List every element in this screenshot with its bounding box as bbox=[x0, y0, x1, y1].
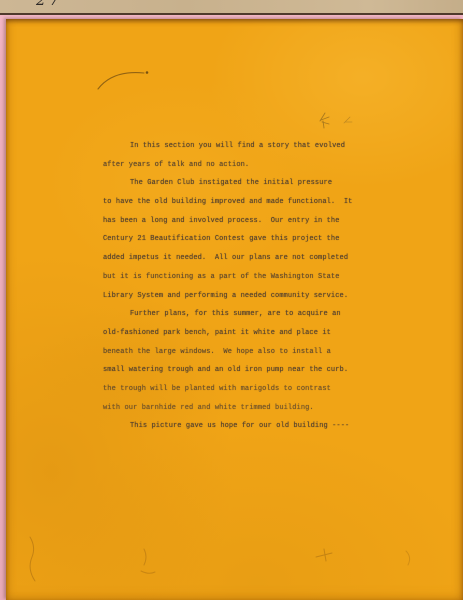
typed-line: small watering trough and an old iron pu… bbox=[103, 361, 403, 380]
album-backing: 27 bbox=[0, 0, 463, 15]
scribble-mark bbox=[314, 99, 360, 129]
typed-line: This picture gave us hope for our old bu… bbox=[103, 417, 403, 436]
typed-line: old-fashioned park bench, paint it white… bbox=[103, 324, 403, 343]
typed-line: Century 21 Beautification Contest gave t… bbox=[103, 230, 403, 249]
typed-line: after years of talk and no action. bbox=[103, 156, 403, 175]
typed-line: In this section you will find a story th… bbox=[103, 137, 403, 156]
typed-line: The Garden Club instigated the initial p… bbox=[103, 174, 403, 193]
typed-line: with our barnhide red and white trimmed … bbox=[103, 399, 403, 418]
typed-line: Further plans, for this summer, are to a… bbox=[103, 305, 403, 324]
typed-line: the trough will be planted with marigold… bbox=[103, 380, 403, 399]
handwritten-page-number: 27 bbox=[36, 0, 63, 9]
typed-line: beneath the large windows. We hope also … bbox=[103, 343, 403, 362]
typed-line: Library System and performing a needed c… bbox=[103, 287, 403, 306]
orange-paper: In this section you will find a story th… bbox=[6, 19, 463, 600]
typed-line: to have the old building improved and ma… bbox=[103, 193, 403, 212]
crease-mark-top bbox=[94, 65, 166, 97]
scanned-album-page: 27 In this section you will find a story… bbox=[0, 0, 463, 600]
typed-line: has been a long and involved process. Ou… bbox=[103, 212, 403, 231]
crease-marks-bottom bbox=[16, 529, 456, 599]
typed-line: but it is functioning as a part of the W… bbox=[103, 268, 403, 287]
typed-line: added impetus it needed. All our plans a… bbox=[103, 249, 403, 268]
typed-text-block: In this section you will find a story th… bbox=[103, 137, 403, 436]
